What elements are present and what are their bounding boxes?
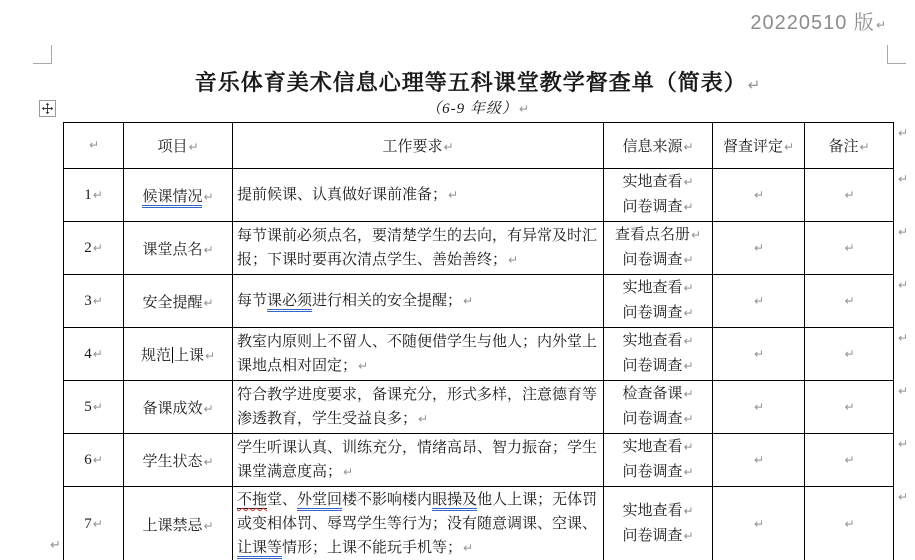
proofing-marked-text: 不拖 (237, 492, 267, 509)
paragraph-mark-icon: ↵ (442, 140, 453, 154)
end-of-document-paragraph[interactable]: ↵ (49, 536, 61, 554)
info-source-text: 实地查看 (622, 439, 682, 455)
info-source-line: 实地查看↵ (608, 435, 708, 460)
end-of-row-mark-icon: ↵ (897, 331, 908, 345)
header-label: 信息来源 (622, 139, 682, 155)
document-page: 20220510 版↵ 音乐体育美术信息心理等五科课堂教学督查单（简表）↵ （6… (0, 0, 915, 560)
info-source-line: 问卷调查↵ (608, 354, 708, 379)
cell-row-number[interactable]: 6↵ (64, 434, 124, 487)
paragraph-mark-icon: ↵ (682, 387, 693, 401)
info-source-text: 问卷调查 (622, 252, 682, 268)
row-number: 3 (84, 293, 92, 309)
cell-info-source[interactable]: 查看点名册↵问卷调查↵ (604, 222, 713, 275)
info-source-text: 实地查看 (622, 333, 682, 349)
row-number: 4 (84, 346, 92, 362)
text-run: 每节 (237, 293, 267, 309)
cell-info-source[interactable]: 实地查看↵问卷调查↵ (604, 169, 713, 222)
text-run: 学生状态 (142, 454, 202, 470)
info-source-line: 实地查看↵ (608, 499, 708, 524)
paragraph-mark-icon: ↵ (417, 412, 428, 426)
document-title[interactable]: 音乐体育美术信息心理等五科课堂教学督查单（简表）↵ (63, 66, 893, 97)
info-source-text: 实地查看 (622, 280, 682, 296)
header-cell-5[interactable]: 备注↵ (805, 123, 894, 169)
end-of-row-mark-icon: ↵ (897, 278, 908, 292)
paragraph-mark-icon: ↵ (682, 253, 693, 267)
end-of-row-mark-icon: ↵ (897, 126, 908, 140)
paragraph-mark-icon: ↵ (357, 359, 368, 373)
info-source-text: 问卷调查 (622, 199, 682, 215)
text-run: 备课成效 (142, 401, 202, 417)
cell-remarks[interactable]: ↵ (805, 328, 894, 381)
cell-row-number[interactable]: 4↵ (64, 328, 124, 381)
paragraph-mark-icon: ↵ (204, 349, 215, 363)
info-source-line: 检查备课↵ (608, 382, 708, 407)
table-row: 2↵课堂点名↵每节课前必须点名，要清楚学生的去向，有异常及时汇报；下课时要再次清… (64, 222, 894, 275)
paragraph-mark-icon: ↵ (518, 102, 530, 116)
text-run: 上课 (174, 348, 204, 364)
info-source-text: 问卷调查 (622, 358, 682, 374)
paragraph-mark-icon: ↵ (682, 412, 693, 426)
cell-info-source[interactable]: 实地查看↵问卷调查↵ (604, 434, 713, 487)
paragraph-mark-icon: ↵ (753, 188, 764, 202)
table-row: 6↵学生状态↵学生听课认真、训练充分，情绪高昂、智力振奋；学生课堂满意度高；↵实… (64, 434, 894, 487)
row-number: 5 (84, 399, 92, 415)
info-source-line: 实地查看↵ (608, 170, 708, 195)
paragraph-mark-icon: ↵ (682, 359, 693, 373)
paragraph-mark-icon: ↵ (92, 517, 103, 531)
inspection-table: ↵项目↵工作要求↵信息来源↵督查评定↵备注↵ 1↵候课情况↵提前候课、认真做好课… (63, 122, 894, 560)
info-source-line: 问卷调查↵ (608, 460, 708, 485)
text-run: 规范 (141, 348, 171, 364)
header-cell-2[interactable]: 工作要求↵ (233, 123, 604, 169)
paragraph-mark-icon: ↵ (682, 440, 693, 454)
paragraph-mark-icon: ↵ (187, 140, 198, 154)
cell-item[interactable]: 候课情况↵ (124, 169, 233, 222)
paragraph-mark-icon: ↵ (682, 306, 693, 320)
table-row: 4↵规范上课↵教室内原则上不留人、不随便借学生与他人；内外堂上课地点相对固定；↵… (64, 328, 894, 381)
subtitle-text: （6-9 年级） (426, 101, 518, 117)
paragraph-mark-icon: ↵ (682, 281, 693, 295)
paragraph-mark-icon: ↵ (843, 517, 854, 531)
paragraph-mark-icon: ↵ (843, 400, 854, 414)
end-of-row-mark-icon: ↵ (897, 225, 908, 239)
text-run: 课堂点名 (142, 242, 202, 258)
version-text: 20220510 版 (750, 12, 875, 34)
cell-remarks[interactable]: ↵ (805, 487, 894, 560)
info-source-text: 问卷调查 (622, 464, 682, 480)
text-cursor (172, 347, 173, 363)
proofing-marked-text: 候课情况 (142, 189, 202, 208)
info-source-line: 问卷调查↵ (608, 195, 708, 220)
cell-remarks[interactable]: ↵ (805, 222, 894, 275)
paragraph-mark-icon: ↵ (202, 455, 213, 469)
text-run: 情形；上课不能玩手机等； (282, 540, 462, 556)
cell-supervision-rating[interactable]: ↵ (713, 328, 805, 381)
info-source-line: 实地查看↵ (608, 329, 708, 354)
paragraph-mark-icon: ↵ (747, 76, 762, 94)
paragraph-mark-icon: ↵ (843, 294, 854, 308)
cell-item[interactable]: 规范上课↵ (124, 328, 233, 381)
paragraph-mark-icon: ↵ (88, 138, 99, 152)
paragraph-mark-icon: ↵ (753, 453, 764, 467)
paragraph-mark-icon: ↵ (682, 175, 693, 189)
paragraph-mark-icon: ↵ (202, 519, 213, 533)
cell-row-number[interactable]: 3↵ (64, 275, 124, 328)
table-row: 7↵上课禁忌↵不拖堂、外堂回楼不影响楼内眼操及他人上课；无体罚或变相体罚、辱骂学… (64, 487, 894, 560)
cell-remarks[interactable]: ↵ (805, 169, 894, 222)
text-run: 教室内原则上不留人、不随便借学生与他人；内外堂上课地点相对固定； (237, 334, 597, 374)
cell-supervision-rating[interactable]: ↵ (713, 381, 805, 434)
paragraph-mark-icon: ↵ (753, 517, 764, 531)
table-header-row: ↵项目↵工作要求↵信息来源↵督查评定↵备注↵ (64, 123, 894, 169)
end-of-row-mark-icon: ↵ (897, 172, 908, 186)
cell-info-source[interactable]: 实地查看↵问卷调查↵ (604, 275, 713, 328)
document-subtitle[interactable]: （6-9 年级）↵ (63, 97, 893, 118)
cell-remarks[interactable]: ↵ (805, 275, 894, 328)
text-run: 堂、 (267, 492, 297, 508)
info-source-text: 查看点名册 (615, 227, 690, 243)
paragraph-mark-icon: ↵ (92, 347, 103, 361)
cell-item[interactable]: 上课禁忌↵ (124, 487, 233, 560)
text-run: 提前候课、认真做好课前准备； (237, 187, 447, 203)
page-margin-corner-mark (33, 45, 52, 64)
table-row: 1↵候课情况↵提前候课、认真做好课前准备；↵实地查看↵问卷调查↵↵↵ (64, 169, 894, 222)
info-source-line: 问卷调查↵ (608, 301, 708, 326)
row-number: 7 (84, 516, 92, 532)
paragraph-mark-icon: ↵ (202, 402, 213, 416)
cell-work-requirement[interactable]: 不拖堂、外堂回楼不影响楼内眼操及他人上课；无体罚或变相体罚、辱骂学生等行为；没有… (233, 487, 604, 560)
paragraph-mark-icon: ↵ (783, 140, 794, 154)
end-of-row-mark-icon: ↵ (897, 490, 908, 504)
paragraph-mark-icon: ↵ (843, 453, 854, 467)
text-run: 上课禁忌 (142, 518, 202, 534)
table-row: 3↵安全提醒↵每节课必须进行相关的安全提醒；↵实地查看↵问卷调查↵↵↵ (64, 275, 894, 328)
cell-supervision-rating[interactable]: ↵ (713, 222, 805, 275)
cell-remarks[interactable]: ↵ (805, 434, 894, 487)
row-number: 1 (84, 187, 92, 203)
text-run: 进行相关的安全提醒； (312, 293, 462, 309)
paragraph-mark-icon: ↵ (92, 241, 103, 255)
paragraph-mark-icon: ↵ (682, 504, 693, 518)
page-margin-corner-mark (887, 45, 906, 64)
paragraph-mark-icon: ↵ (858, 140, 869, 154)
paragraph-mark-icon: ↵ (202, 296, 213, 310)
paragraph-mark-icon: ↵ (682, 140, 693, 154)
info-source-line: 实地查看↵ (608, 276, 708, 301)
cell-info-source[interactable]: 检查备课↵问卷调查↵ (604, 381, 713, 434)
paragraph-mark-icon: ↵ (92, 294, 103, 308)
paragraph-mark-icon: ↵ (753, 400, 764, 414)
proofing-marked-text: 课必须 (267, 293, 312, 312)
proofing-marked-text: 外堂回 (297, 492, 342, 511)
info-source-text: 问卷调查 (622, 528, 682, 544)
paragraph-mark-icon: ↵ (875, 18, 887, 32)
cell-row-number[interactable]: 2↵ (64, 222, 124, 275)
info-source-line: 查看点名册↵ (608, 223, 708, 248)
cell-item[interactable]: 备课成效↵ (124, 381, 233, 434)
cell-work-requirement[interactable]: 学生听课认真、训练充分，情绪高昂、智力振奋；学生课堂满意度高；↵ (233, 434, 604, 487)
table-body: 1↵候课情况↵提前候课、认真做好课前准备；↵实地查看↵问卷调查↵↵↵2↵课堂点名… (64, 169, 894, 560)
info-source-text: 问卷调查 (622, 305, 682, 321)
table-row: 5↵备课成效↵符合教学进度要求，备课充分，形式多样，注意德育等渗透教育，学生受益… (64, 381, 894, 434)
header-label: 备注 (828, 139, 858, 155)
text-run: 学生听课认真、训练充分，情绪高昂、智力振奋；学生课堂满意度高； (237, 440, 597, 480)
paragraph-mark-icon: ↵ (690, 228, 701, 242)
cell-info-source[interactable]: 实地查看↵问卷调查↵ (604, 328, 713, 381)
text-run: 每节课前必须点名，要清楚学生的去向，有异常及时汇报；下课时要再次清点学生、善始善… (237, 228, 597, 268)
header-cell-4[interactable]: 督查评定↵ (713, 123, 805, 169)
cell-item[interactable]: 安全提醒↵ (124, 275, 233, 328)
cell-remarks[interactable]: ↵ (805, 381, 894, 434)
cell-item[interactable]: 课堂点名↵ (124, 222, 233, 275)
cell-work-requirement[interactable]: 提前候课、认真做好课前准备；↵ (233, 169, 604, 222)
header-label: 工作要求 (382, 139, 442, 155)
paragraph-mark-icon: ↵ (447, 188, 458, 202)
info-source-line: 问卷调查↵ (608, 524, 708, 549)
info-source-line: 问卷调查↵ (608, 407, 708, 432)
paragraph-mark-icon: ↵ (843, 188, 854, 202)
cell-work-requirement[interactable]: 每节课必须进行相关的安全提醒；↵ (233, 275, 604, 328)
paragraph-mark-icon: ↵ (342, 465, 353, 479)
end-of-row-mark-icon: ↵ (897, 384, 908, 398)
paragraph-mark-icon: ↵ (682, 465, 693, 479)
text-run: 安全提醒 (142, 295, 202, 311)
cell-row-number[interactable]: 7↵ (64, 487, 124, 560)
paragraph-mark-icon: ↵ (682, 334, 693, 348)
cell-work-requirement[interactable]: 每节课前必须点名，要清楚学生的去向，有异常及时汇报；下课时要再次清点学生、善始善… (233, 222, 604, 275)
version-label: 20220510 版↵ (750, 6, 887, 35)
text-run: 楼不影响楼内 (342, 492, 432, 508)
paragraph-mark-icon: ↵ (462, 294, 473, 308)
cell-work-requirement[interactable]: 教室内原则上不留人、不随便借学生与他人；内外堂上课地点相对固定；↵ (233, 328, 604, 381)
info-source-text: 实地查看 (622, 503, 682, 519)
paragraph-mark-icon: ↵ (202, 190, 213, 204)
paragraph-mark-icon: ↵ (92, 400, 103, 414)
row-number: 2 (84, 240, 92, 256)
proofing-marked-text: 眼操及 (432, 492, 477, 511)
header-label: 督查评定 (723, 139, 783, 155)
cell-work-requirement[interactable]: 符合教学进度要求，备课充分，形式多样，注意德育等渗透教育，学生受益良多；↵ (233, 381, 604, 434)
cell-supervision-rating[interactable]: ↵ (713, 487, 805, 560)
paragraph-mark-icon: ↵ (49, 538, 61, 553)
cell-item[interactable]: 学生状态↵ (124, 434, 233, 487)
four-way-arrow-icon (41, 102, 54, 115)
proofing-marked-text: 让课等 (237, 540, 282, 559)
title-text: 音乐体育美术信息心理等五科课堂教学督查单（简表） (195, 70, 747, 95)
end-of-row-mark-icon: ↵ (897, 437, 908, 451)
info-source-text: 实地查看 (622, 174, 682, 190)
header-cell-3[interactable]: 信息来源↵ (604, 123, 713, 169)
info-source-line: 问卷调查↵ (608, 248, 708, 273)
cell-supervision-rating[interactable]: ↵ (713, 169, 805, 222)
cell-row-number[interactable]: 5↵ (64, 381, 124, 434)
row-number: 6 (84, 452, 92, 468)
paragraph-mark-icon: ↵ (507, 253, 518, 267)
paragraph-mark-icon: ↵ (753, 241, 764, 255)
cell-info-source[interactable]: 实地查看↵问卷调查↵ (604, 487, 713, 560)
header-cell-1[interactable]: 项目↵ (124, 123, 233, 169)
paragraph-mark-icon: ↵ (843, 241, 854, 255)
cell-supervision-rating[interactable]: ↵ (713, 275, 805, 328)
cell-supervision-rating[interactable]: ↵ (713, 434, 805, 487)
paragraph-mark-icon: ↵ (753, 294, 764, 308)
paragraph-mark-icon: ↵ (843, 347, 854, 361)
header-cell-0[interactable]: ↵ (64, 123, 124, 169)
header-label: 项目 (157, 139, 187, 155)
paragraph-mark-icon: ↵ (682, 200, 693, 214)
table-move-handle-icon[interactable] (39, 100, 56, 117)
info-source-text: 检查备课 (622, 386, 682, 402)
paragraph-mark-icon: ↵ (462, 541, 473, 555)
paragraph-mark-icon: ↵ (753, 347, 764, 361)
paragraph-mark-icon: ↵ (92, 453, 103, 467)
paragraph-mark-icon: ↵ (202, 243, 213, 257)
cell-row-number[interactable]: 1↵ (64, 169, 124, 222)
info-source-text: 问卷调查 (622, 411, 682, 427)
paragraph-mark-icon: ↵ (682, 529, 693, 543)
paragraph-mark-icon: ↵ (92, 188, 103, 202)
